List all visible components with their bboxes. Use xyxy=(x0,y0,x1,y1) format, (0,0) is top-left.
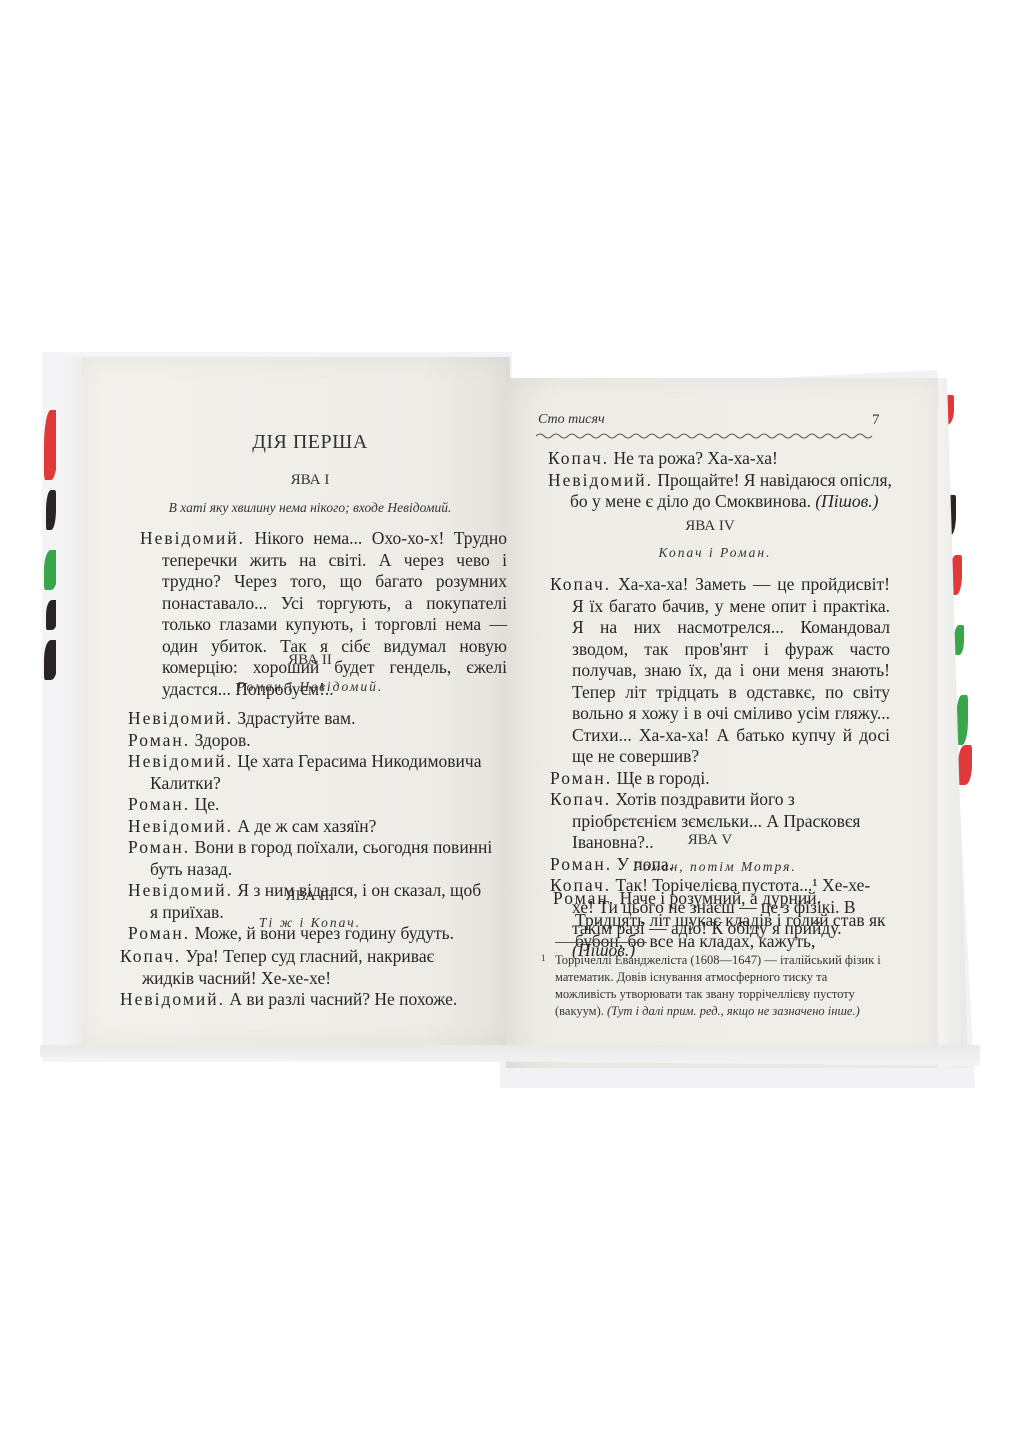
dialogue-line: Копач. Ха-ха-ха! Заметь — це пройдисвіт!… xyxy=(550,574,890,768)
dialogue-line: Роман. Це. xyxy=(128,794,493,816)
dialogue-line: Невідомий. А де ж сам хазяїн? xyxy=(128,816,493,838)
page-number: 7 xyxy=(872,412,880,429)
wavy-rule xyxy=(536,432,876,440)
dialogue-line: Роман. Ще в городі. xyxy=(550,768,890,790)
dialogue-line: Невідомий. Прощайте! Я навідаюся опісля,… xyxy=(548,470,893,513)
dialogue-line: Невідомий. Нікого нема... Охо-хо-х! Труд… xyxy=(140,528,507,700)
running-head: Сто тисяч xyxy=(538,412,605,428)
dialogue-line: Копач. Ура! Тепер суд гласний, накриває … xyxy=(120,946,490,989)
scene-title: ЯВА V xyxy=(560,830,860,852)
speaker-name: Невідомий. xyxy=(140,528,245,548)
scene-title: ЯВА I xyxy=(160,470,460,492)
dialogue-line: Невідомий. Здрастуйте вам. xyxy=(128,708,493,730)
dialogue-line: Невідомий. А ви разлі часний? Не похоже. xyxy=(120,989,490,1011)
scene-title: ЯВА III xyxy=(160,886,460,908)
act-title: ДІЯ ПЕРША xyxy=(160,432,460,454)
footnote-rule xyxy=(555,942,647,943)
stage-direction: Роман і Невідомий. xyxy=(110,676,510,698)
dialogue-line: Копач. Не та рожа? Ха-ха-ха! xyxy=(548,448,893,470)
dialogue-line: Роман. Вони в город поїхали, сьогодня по… xyxy=(128,837,493,880)
stage-direction: Роман, потім Мотря. xyxy=(520,856,910,878)
footnote-mark: 1 xyxy=(541,950,546,967)
stage-direction: В хаті яку хвилину нема нікого; входе Не… xyxy=(110,497,510,519)
footnote: 1 Торрічеллі Еванджеліста (1608—1647) — … xyxy=(555,952,890,1020)
stage-direction: Копач і Роман. xyxy=(520,542,910,564)
stage-direction: Ті ж і Копач. xyxy=(110,912,510,934)
dialogue-block: Копач. Не та рожа? Ха-ха-ха! Невідомий. … xyxy=(548,448,893,513)
dialogue-line: Невідомий. Це хата Герасима Никодимовича… xyxy=(128,751,493,794)
dialogue-line: Роман. Здоров. xyxy=(128,730,493,752)
dialogue-block: Невідомий. Здрастуйте вам. Роман. Здоров… xyxy=(128,708,493,945)
scene-title: ЯВА II xyxy=(160,650,460,672)
scene-title: ЯВА IV xyxy=(560,516,860,538)
dialogue-block: Копач. Ура! Тепер суд гласний, накриває … xyxy=(120,946,490,1011)
